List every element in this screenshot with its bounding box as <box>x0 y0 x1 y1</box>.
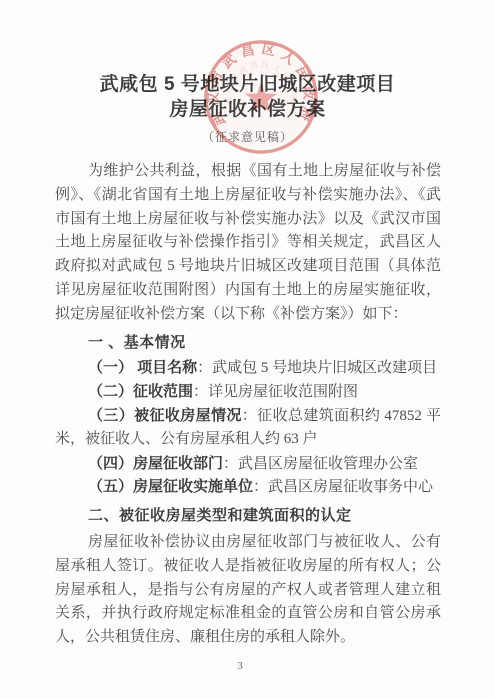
section-2-paragraph-line: 人，公共租赁住房、廉租住房的承租人除外。 <box>55 626 441 650</box>
item-1-value: ：武咸包 5 号地块片旧城区改建项目 <box>197 360 437 376</box>
document-title-line-2: 房屋征收补偿方案 <box>0 97 495 122</box>
item-5-value: ：武昌区房屋征收事务中心 <box>253 479 433 495</box>
list-item-4: （四）房屋征收部门：武昌区房屋征收管理办公室 <box>55 452 441 476</box>
item-4-label: （四）房屋征收部门 <box>88 455 223 472</box>
page-number: 3 <box>0 660 480 672</box>
document-header: 武咸包 5 号地块片旧城区改建项目 房屋征收补偿方案 （征求意见稿） <box>0 72 495 145</box>
item-2-label: （二）征收范围 <box>88 383 193 400</box>
section-2-paragraph-line: 屋承租人签订。被征收人是指被征收房屋的所有权人；公有 <box>55 555 441 579</box>
document-subtitle: （征求意见稿） <box>0 129 495 145</box>
list-item-3-line-1: （三）被征收房屋情况：征收总建筑面积约 47852 平方 <box>55 404 441 428</box>
list-item-3-line-2: 米，被征收人、公有房屋承租人约 63 户 <box>55 428 441 452</box>
item-2-value: ：详见房屋征收范围附图 <box>193 384 358 400</box>
section-2-paragraph-line: 关系，并执行政府规定标准租金的直管公房和自管公房承租 <box>55 602 441 626</box>
document-body: 为维护公共利益，根据《国有土地上房屋征收与补偿条 例》、《湖北省国有土地上房屋征… <box>55 160 441 650</box>
section-1-heading: 一 、基本情况 <box>55 331 441 355</box>
intro-paragraph-line: 政府拟对武咸包 5 号地块片旧城区改建项目范围（具体范围 <box>55 255 441 279</box>
section-2-paragraph-line: 房屋承租人，是指与公有房屋的产权人或者管理人建立租赁 <box>55 579 441 603</box>
intro-paragraph-line: 例》、《湖北省国有土地上房屋征收与补偿实施办法》、《武汉 <box>55 184 441 208</box>
list-item-5: （五）房屋征收实施单位：武昌区房屋征收事务中心 <box>55 475 441 499</box>
intro-paragraph-line: 拟定房屋征收补偿方案（以下称《补偿方案》）如下： <box>55 303 441 327</box>
intro-paragraph-line: 详见房屋征收范围附图）内国有土地上的房屋实施征收，现 <box>55 279 441 303</box>
list-item-1: （一） 项目名称：武咸包 5 号地块片旧城区改建项目 <box>55 356 441 380</box>
item-5-label: （五）房屋征收实施单位 <box>88 478 253 495</box>
item-1-label: （一） 项目名称 <box>88 359 197 376</box>
item-3-label: （三）被征收房屋情况 <box>88 407 242 424</box>
section-2-paragraph-line: 房屋征收补偿协议由房屋征收部门与被征收人、公有房 <box>55 531 441 555</box>
list-item-2: （二）征收范围：详见房屋征收范围附图 <box>55 380 441 404</box>
intro-paragraph-line: 市国有土地上房屋征收与补偿实施办法》以及《武汉市国有 <box>55 208 441 232</box>
document-page: 武咸包 5 号地块片旧城区改建项目 房屋征收补偿方案 （征求意见稿） 为维护公共… <box>0 0 495 699</box>
intro-paragraph-line: 土地上房屋征收与补偿操作指引》等相关规定，武昌区人民 <box>55 231 441 255</box>
section-2-heading: 二、被征收房屋类型和建筑面积的认定 <box>55 504 441 528</box>
item-4-value: ：武昌区房屋征收管理办公室 <box>223 456 418 472</box>
document-title-line-1: 武咸包 5 号地块片旧城区改建项目 <box>0 72 495 97</box>
intro-paragraph-line: 为维护公共利益，根据《国有土地上房屋征收与补偿条 <box>55 160 441 184</box>
